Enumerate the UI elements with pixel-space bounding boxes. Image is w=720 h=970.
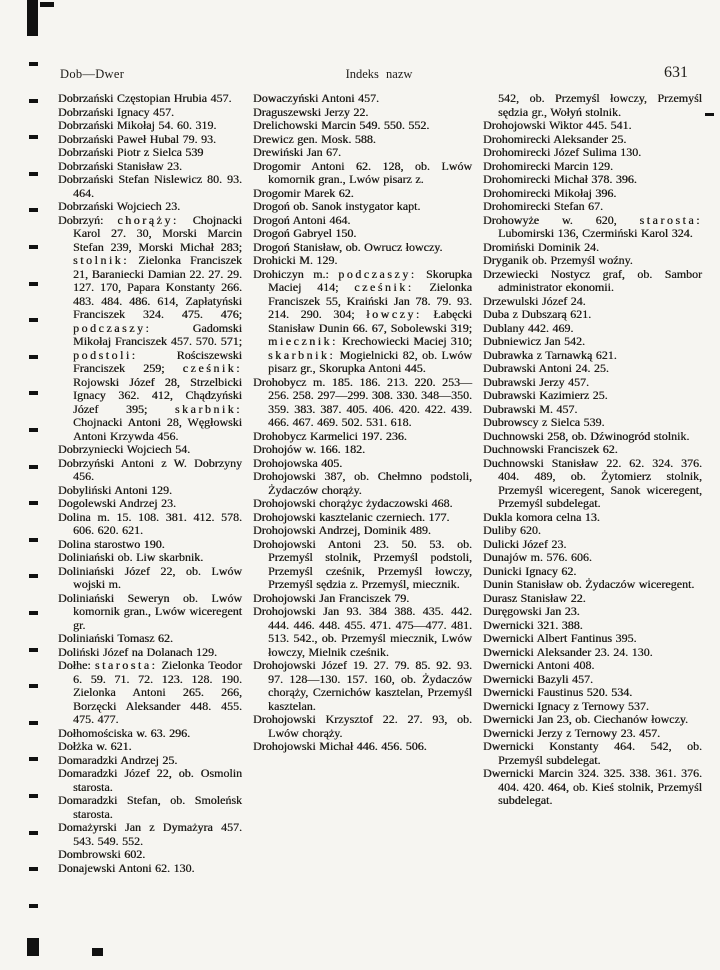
index-entry: Drohojowski Jan Franciszek 79. — [253, 592, 472, 606]
index-entry: Doliniański Seweryn ob. Lwów komornik gr… — [58, 592, 242, 633]
index-entry: Draguszewski Jerzy 22. — [253, 106, 472, 120]
index-entry: Drohojowski Antoni 23. 50. 53. ob. Przem… — [253, 538, 472, 592]
office-label: skarbnik: — [268, 348, 335, 362]
index-entry: Duliby 620. — [483, 524, 702, 538]
index-entry: Drogoń Gabryel 150. — [253, 227, 472, 241]
index-entry: Dwernicki Bazyli 457. — [483, 673, 702, 687]
index-entry: Dukla komora celna 13. — [483, 511, 702, 525]
index-entry: Dubrawski Jerzy 457. — [483, 376, 702, 390]
index-entry: Drogoń Stanisław, ob. Owrucz łowczy. — [253, 241, 472, 255]
index-entry: Dwernicki Jerzy z Ternowy 23. 457. — [483, 727, 702, 741]
office-label: podstoli: — [73, 348, 138, 362]
index-columns: Dobrzański Częstopian Hrubia 457.Dobrzań… — [58, 92, 702, 875]
scan-mark — [29, 867, 38, 871]
index-entry: Dubniewicz Jan 542. — [483, 335, 702, 349]
scan-mark — [29, 62, 38, 66]
office-label: skarbnik: — [175, 402, 242, 416]
index-entry: Dombrowski 602. — [58, 848, 242, 862]
office-label: chorąży: — [117, 213, 178, 227]
page-header: Dob—Dwer Indeks nazw 631 — [58, 64, 700, 84]
index-entry: Dwernicki 321. 388. — [483, 619, 702, 633]
scan-mark — [29, 574, 38, 578]
index-column-1: Dobrzański Częstopian Hrubia 457.Dobrzań… — [58, 92, 242, 875]
index-entry: Drohobycz m. 185. 186. 213. 220. 253—256… — [253, 376, 472, 430]
index-entry: Dobyliński Antoni 129. — [58, 484, 242, 498]
index-entry: Drohojowski Józef 19. 27. 79. 85. 92. 93… — [253, 659, 472, 713]
index-entry: Drohojowska 405. — [253, 457, 472, 471]
index-entry: Drogoń Antoni 464. — [253, 214, 472, 228]
index-entry: Dunicki Ignacy 62. — [483, 565, 702, 579]
index-entry: Dublany 442. 469. — [483, 322, 702, 336]
index-entry: Durasz Stanisław 22. — [483, 592, 702, 606]
scan-mark — [29, 428, 38, 432]
scan-mark — [29, 648, 38, 652]
index-entry: Dubrawka z Tarnawką 621. — [483, 349, 702, 363]
index-entry: Drohomirecki Mikołaj 396. — [483, 187, 702, 201]
index-entry: Dobrzański Stefan Nislewicz 80. 93. 464. — [58, 173, 242, 200]
index-entry: Dobrzański Piotr z Sielca 539 — [58, 146, 242, 160]
index-entry: Dwernicki Antoni 408. — [483, 659, 702, 673]
index-entry: Dołhomościska w. 63. 296. — [58, 727, 242, 741]
index-entry: Drohojowski Andrzej, Dominik 489. — [253, 524, 472, 538]
scan-mark — [29, 245, 38, 249]
index-entry: Donajewski Antoni 62. 130. — [58, 862, 242, 876]
scan-mark — [29, 794, 38, 798]
index-entry: Drewicz gen. Mosk. 588. — [253, 133, 472, 147]
index-entry: Drelichowski Marcin 549. 550. 552. — [253, 119, 472, 133]
index-entry: Drohojowski Jan 93. 384 388. 435. 442. 4… — [253, 605, 472, 659]
index-entry: Dobrzyń: chorąży: Chojnacki Karol 27. 30… — [58, 214, 242, 444]
index-entry: Doliniański Józef 22, ob. Lwów wojski m. — [58, 565, 242, 592]
index-entry: Drohomirecki Marcin 129. — [483, 160, 702, 174]
office-label: cześnik: — [354, 280, 413, 294]
index-entry: Dwernicki Jan 23, ob. Ciechanów łowczy. — [483, 713, 702, 727]
scan-mark — [29, 135, 38, 139]
scan-mark — [29, 208, 38, 212]
index-entry: Doliniański ob. Liw skarbnik. — [58, 551, 242, 565]
index-entry: Dogolewski Andrzej 23. — [58, 497, 242, 511]
index-entry: Dunajów m. 576. 606. — [483, 551, 702, 565]
index-entry: Drohowyże w. 620, starosta: Lubomirski 1… — [483, 214, 702, 241]
index-entry: Dubrawski Kazimierz 25. — [483, 389, 702, 403]
index-entry: Duręgowski Jan 23. — [483, 605, 702, 619]
index-entry: Doliniański Tomasz 62. — [58, 632, 242, 646]
scan-mark — [29, 355, 38, 359]
index-entry: Dubrawski Antoni 24. 25. — [483, 362, 702, 376]
scan-mark — [29, 757, 38, 761]
office-label: stolnik: — [73, 253, 129, 267]
index-entry: Drohomirecki Aleksander 25. — [483, 133, 702, 147]
index-entry: Drohojowski Michał 446. 456. 506. — [253, 740, 472, 754]
index-entry: Drohomirecki Stefan 67. — [483, 200, 702, 214]
index-entry: Drohomirecki Józef Sulima 130. — [483, 146, 702, 160]
scan-mark — [29, 391, 38, 395]
scan-mark — [29, 538, 38, 542]
scan-mark — [29, 99, 38, 103]
page-number: 631 — [664, 64, 688, 82]
index-entry: Drohicki M. 129. — [253, 254, 472, 268]
office-label: podczaszy: — [338, 267, 416, 281]
scan-mark — [29, 501, 38, 505]
index-entry: Dołhe: starosta: Zielonka Teodor 6. 59. … — [58, 659, 242, 727]
index-entry: Duchnowski 258, ob. Dźwinogród stolnik. — [483, 430, 702, 444]
index-entry: Drohojów w. 166. 182. — [253, 443, 472, 457]
scan-mark — [29, 904, 38, 908]
index-entry: Drewiński Jan 67. — [253, 146, 472, 160]
index-entry: Domaradzki Andrzej 25. — [58, 754, 242, 768]
index-entry: Dołżka w. 621. — [58, 740, 242, 754]
index-entry: Drohobycz Karmelici 197. 236. — [253, 430, 472, 444]
scan-mark — [27, 0, 38, 36]
index-entry: Dwernicki Konstanty 464. 542, ob. Przemy… — [483, 740, 702, 767]
scan-mark — [29, 465, 38, 469]
office-label: podczaszy: — [73, 321, 151, 335]
index-entry: Dryganik ob. Przemyśl woźny. — [483, 254, 702, 268]
index-entry: Dobrzański Stanisław 23. — [58, 160, 242, 174]
office-label: cześnik: — [183, 361, 242, 375]
office-label: łowczy: — [366, 307, 422, 321]
scan-mark — [29, 172, 38, 176]
office-label: starosta: — [640, 213, 703, 227]
index-entry: Drohojowski chorążyc żydaczowski 468. — [253, 497, 472, 511]
index-entry: Dwernicki Aleksander 23. 24. 130. — [483, 646, 702, 660]
index-title: Indeks nazw — [58, 67, 700, 82]
scan-mark — [29, 282, 38, 286]
index-entry: Dwernicki Marcin 324. 325. 338. 361. 376… — [483, 767, 702, 808]
index-entry: Drzewulski Józef 24. — [483, 295, 702, 309]
index-column-2: Dowaczyński Antoni 457.Draguszewski Jerz… — [253, 92, 472, 875]
index-entry: Dwernicki Albert Fantinus 395. — [483, 632, 702, 646]
index-entry: Drohojowski kasztelanic czerniech. 177. — [253, 511, 472, 525]
index-entry: Drogomir Antoni 62. 128, ob. Lwów komorn… — [253, 160, 472, 187]
index-entry: 542, ob. Przemyśl łowczy, Przemyśl sędzi… — [483, 92, 702, 119]
index-entry: Dobrzański Mikołaj 54. 60. 319. — [58, 119, 242, 133]
scan-mark — [29, 318, 38, 322]
index-entry: Drzewiecki Nostycz graf, ob. Sambor admi… — [483, 268, 702, 295]
index-entry: Dobrzański Częstopian Hrubia 457. — [58, 92, 242, 106]
index-entry: Duchnowski Franciszek 62. — [483, 443, 702, 457]
index-entry: Drohojowski 387, ob. Chełmno podstoli, Ż… — [253, 470, 472, 497]
index-entry: Dolina m. 15. 108. 381. 412. 578. 606. 6… — [58, 511, 242, 538]
scan-mark — [29, 611, 38, 615]
index-entry: Drohomirecki Michał 378. 396. — [483, 173, 702, 187]
scan-mark — [705, 113, 714, 116]
index-entry: Drogomir Marek 62. — [253, 187, 472, 201]
scan-mark — [40, 2, 54, 7]
scan-mark — [92, 948, 103, 956]
index-entry: Dobrzański Ignacy 457. — [58, 106, 242, 120]
scan-mark — [29, 721, 38, 725]
index-entry: Drohiczyn m.: podczaszy: Skorupka Maciej… — [253, 268, 472, 376]
office-label: miecznik: — [268, 334, 338, 348]
index-entry: Dulicki Józef 23. — [483, 538, 702, 552]
scan-mark — [29, 684, 38, 688]
index-entry: Drohojowski Wiktor 445. 541. — [483, 119, 702, 133]
office-label: starosta: — [95, 658, 158, 672]
index-entry: Dobrzański Wojciech 23. — [58, 200, 242, 214]
index-entry: Dubrawski M. 457. — [483, 403, 702, 417]
scan-mark — [29, 831, 38, 835]
index-entry: Drogoń ob. Sanok instygator kapt. — [253, 200, 472, 214]
index-entry: Dobrzański Paweł Hubal 79. 93. — [58, 133, 242, 147]
index-entry: Dunin Stanisław ob. Żydaczów wiceregent. — [483, 578, 702, 592]
index-column-3: 542, ob. Przemyśl łowczy, Przemyśl sędzi… — [483, 92, 702, 875]
scan-mark — [27, 938, 39, 956]
index-entry: Dwernicki Ignacy z Ternowy 537. — [483, 700, 702, 714]
index-entry: Dwernicki Faustinus 520. 534. — [483, 686, 702, 700]
index-entry: Duba z Dubszarą 621. — [483, 308, 702, 322]
index-entry: Drohojowski Krzysztof 22. 27. 93, ob. Lw… — [253, 713, 472, 740]
index-entry: Duchnowski Stanisław 22. 62. 324. 376. 4… — [483, 457, 702, 511]
index-entry: Doliński Józef na Dolanach 129. — [58, 646, 242, 660]
index-entry: Dromiński Dominik 24. — [483, 241, 702, 255]
index-entry: Domaradzki Stefan, ob. Smoleńsk starosta… — [58, 794, 242, 821]
index-entry: Dobrzyński Antoni z W. Dobrzyny 456. — [58, 457, 242, 484]
index-entry: Domażyrski Jan z Dymażyra 457. 543. 549.… — [58, 821, 242, 848]
index-entry: Domaradzki Józef 22, ob. Osmolin starost… — [58, 767, 242, 794]
index-entry: Dubrowscy z Sielca 539. — [483, 416, 702, 430]
index-entry: Dowaczyński Antoni 457. — [253, 92, 472, 106]
index-entry: Dobrzyniecki Wojciech 54. — [58, 443, 242, 457]
index-entry: Dolina starostwo 190. — [58, 538, 242, 552]
